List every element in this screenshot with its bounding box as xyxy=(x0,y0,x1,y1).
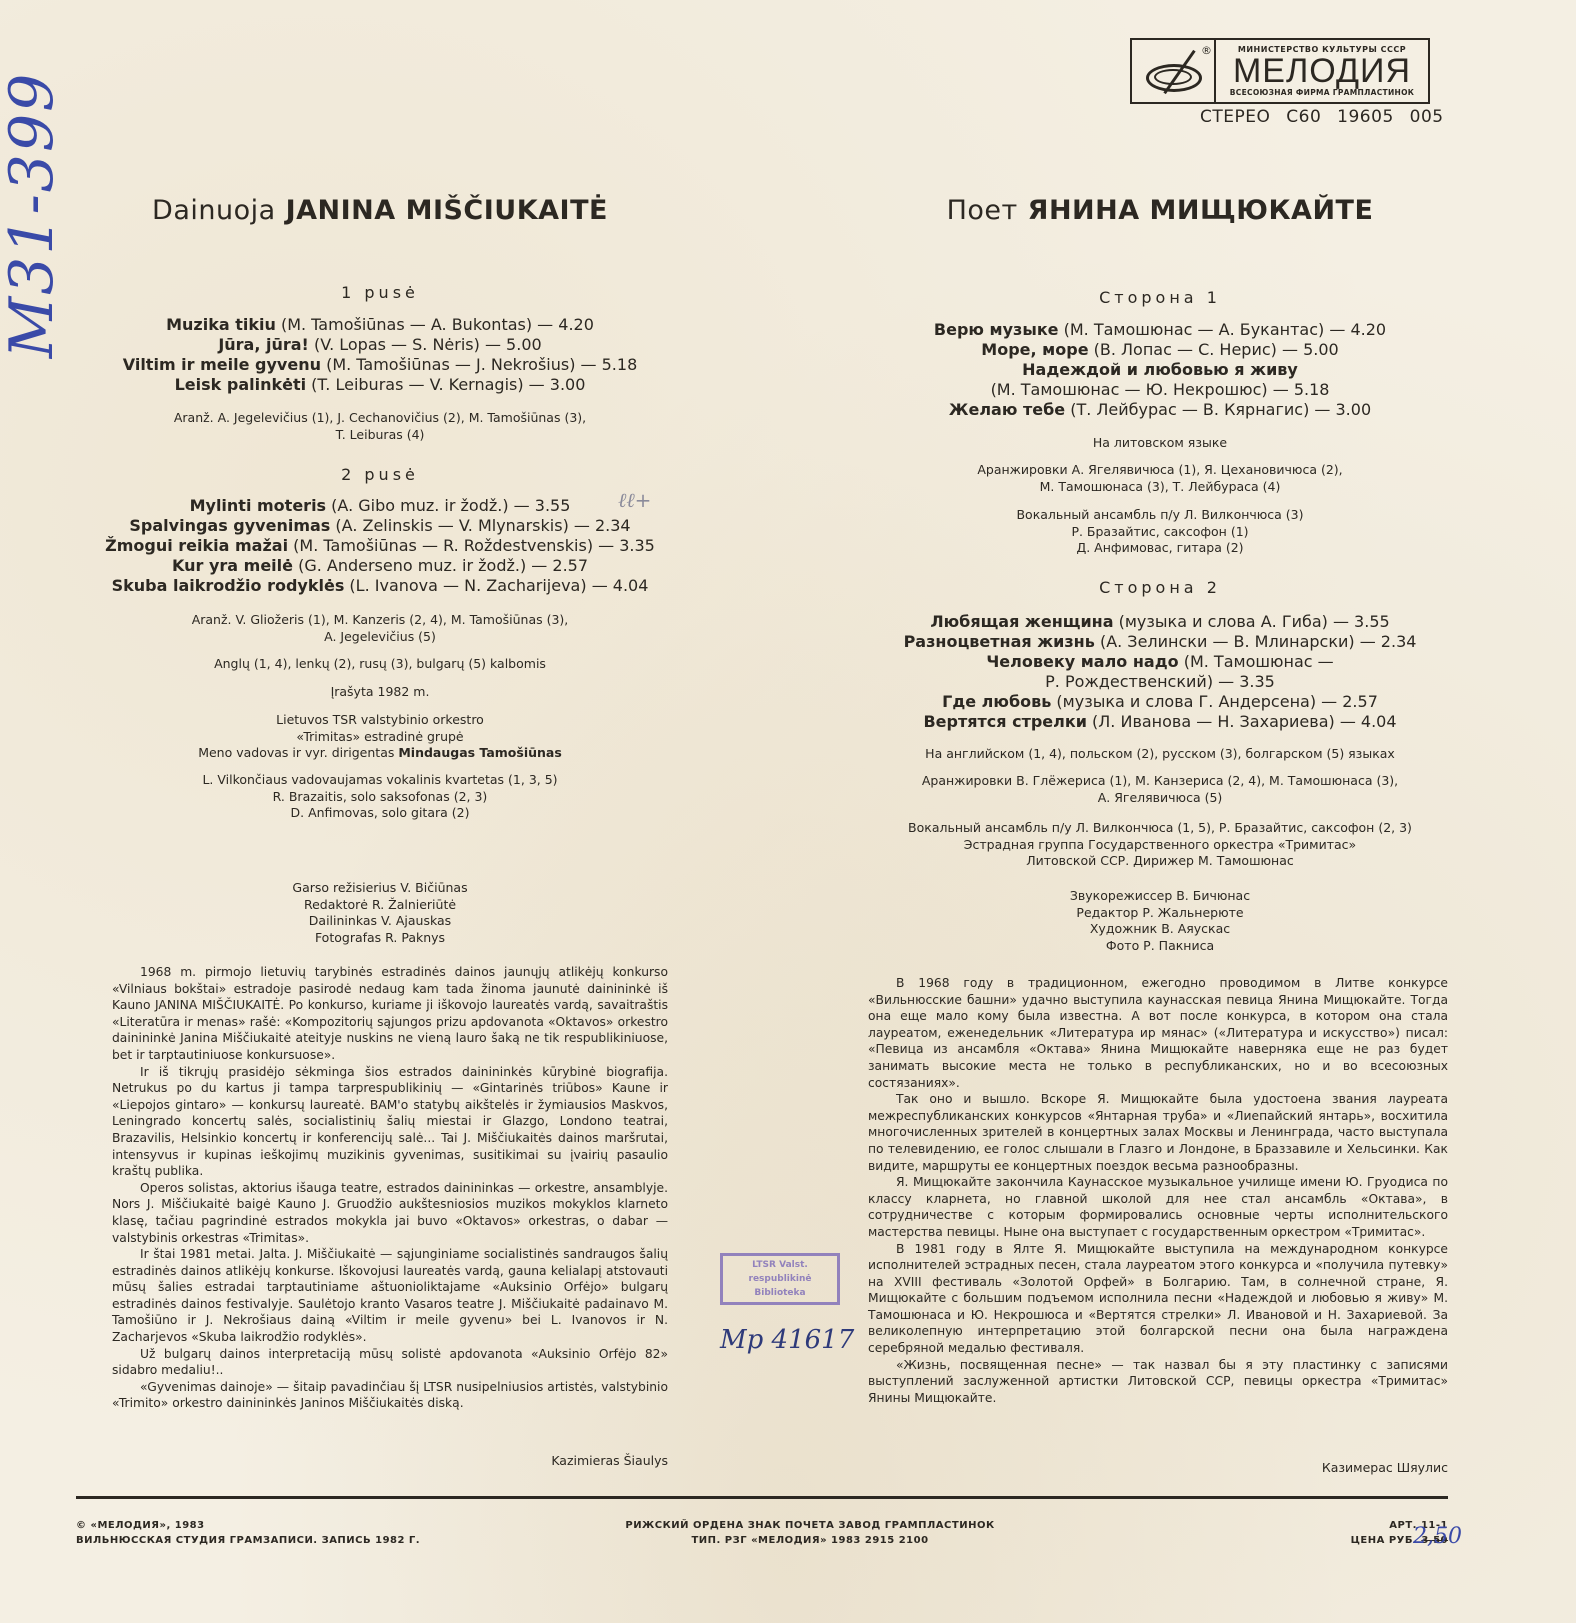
text-line: Фото Р. Пакниса xyxy=(860,938,1460,955)
footer-copyright: © «МЕЛОДИЯ», 1983 ВИЛЬНЮССКАЯ СТУДИЯ ГРА… xyxy=(76,1518,420,1548)
side1-arrangers-ru: Аранжировки А. Ягелявичюса (1), Я. Цехан… xyxy=(860,462,1460,495)
text-line: «Trimitas» estradinė grupė xyxy=(80,729,680,746)
track-item: Skuba laikrodžio rodyklės (L. Ivanova — … xyxy=(80,576,680,596)
text-line: Garso režisierius V. Bičiūnas xyxy=(80,880,680,897)
logo-brand: МЕЛОДИЯ xyxy=(1233,54,1411,88)
text-line: Вокальный ансамбль п/у Л. Вилкончюса (3) xyxy=(860,507,1460,524)
footer-divider xyxy=(76,1496,1448,1499)
text-line: Аранжировки А. Ягелявичюса (1), Я. Цехан… xyxy=(860,462,1460,479)
text-line: М. Тамошюнаса (3), Т. Лейбураса (4) xyxy=(860,479,1460,496)
paragraph: 1968 m. pirmojo lietuvių tarybinės estra… xyxy=(112,964,668,1064)
track-item: Человеку мало надо (М. Тамошюнас — xyxy=(860,652,1460,672)
side2-tracklist-lt: Mylinti moteris (A. Gibo muz. ir žodž.) … xyxy=(80,496,680,596)
text-line: Lietuvos TSR valstybinio orkestro xyxy=(80,712,680,729)
text-line: respublikinė xyxy=(723,1272,837,1286)
library-stamp: LTSR Valst.respublikinėBiblioteka xyxy=(720,1253,840,1305)
side2-arrangers-ru: Аранжировки В. Глёжериса (1), М. Канзери… xyxy=(860,773,1460,806)
side2-label-ru: Сторона 2 xyxy=(860,578,1460,597)
paragraph: «Gyvenimas dainoje» — šitaip pavadinčiau… xyxy=(112,1379,668,1412)
track-item: Любящая женщина (музыка и слова А. Гиба)… xyxy=(860,612,1460,632)
track-item: Jūra, jūra! (V. Lopas — S. Nėris) — 5.00 xyxy=(80,335,680,355)
track-item: Р. Рождественский) — 3.35 xyxy=(860,672,1460,692)
side2-performers-ru: Вокальный ансамбль п/у Л. Вилкончюса (1,… xyxy=(860,820,1460,870)
paragraph: «Жизнь, посвященная песне» — так назвал … xyxy=(868,1357,1448,1407)
text-line: Эстрадная группа Государственного оркест… xyxy=(860,837,1460,854)
track-item: Kur yra meilė (G. Anderseno muz. ir žodž… xyxy=(80,556,680,576)
text-line: T. Leiburas (4) xyxy=(80,427,680,444)
conductor-line: Meno vadovas ir vyr. dirigentas Mindauga… xyxy=(80,745,680,762)
track-item: Где любовь (музыка и слова Г. Андерсена)… xyxy=(860,692,1460,712)
side1-language-ru: На литовском языке xyxy=(860,435,1460,452)
track-item: Mylinti moteris (A. Gibo muz. ir žodž.) … xyxy=(80,496,680,516)
author-ru: Казимерас Шяулис xyxy=(1200,1460,1448,1475)
track-item: Верю музыке (М. Тамошюнас — А. Букантас)… xyxy=(860,320,1460,340)
side2-label-lt: 2 pusė xyxy=(80,465,680,484)
orchestra-lt: Lietuvos TSR valstybinio orkestro«Trimit… xyxy=(80,712,680,762)
melodiya-logo: ® МИНИСТЕРСТВО КУЛЬТУРЫ СССР МЕЛОДИЯ ВСЕ… xyxy=(1130,38,1430,104)
title-lithuanian: Dainuoja JANINA MIŠČIUKAITĖ xyxy=(80,195,680,226)
track-item: Желаю тебе (Т. Лейбурас — В. Кярнагис) —… xyxy=(860,400,1460,420)
side2-arrangers-lt: Aranž. V. Gliožeris (1), M. Kanzeris (2,… xyxy=(80,612,680,645)
text-line: Biblioteka xyxy=(723,1286,837,1300)
recorded-lt: Įrašyta 1982 m. xyxy=(80,684,680,701)
track-item: Надеждой и любовью я живу xyxy=(860,360,1460,380)
liner-notes-lt: 1968 m. pirmojo lietuvių tarybinės estra… xyxy=(112,964,668,1412)
text-line: Литовской ССР. Дирижер М. Тамошюнас xyxy=(860,853,1460,870)
performers-lt: L. Vilkončiaus vadovaujamas vokalinis kv… xyxy=(80,772,680,822)
text-line: Д. Анфимовас, гитара (2) xyxy=(860,540,1460,557)
paragraph: Так оно и вышло. Вскоре Я. Мищюкайте был… xyxy=(868,1091,1448,1174)
side1-arrangers-lt: Aranž. A. Jegelevičius (1), J. Cechanovi… xyxy=(80,410,680,443)
text-line: A. Jegelevičius (5) xyxy=(80,629,680,646)
text-line: LTSR Valst. xyxy=(723,1258,837,1272)
side1-label-lt: 1 pusė xyxy=(80,283,680,302)
text-line: Aranž. V. Gliožeris (1), M. Kanzeris (2,… xyxy=(80,612,680,629)
text-line: D. Anfimovas, solo gitara (2) xyxy=(80,805,680,822)
track-item: Leisk palinkėti (T. Leiburas — V. Kernag… xyxy=(80,375,680,395)
side1-performers-ru: Вокальный ансамбль п/у Л. Вилкончюса (3)… xyxy=(860,507,1460,557)
track-item: Spalvingas gyvenimas (A. Zelinskis — V. … xyxy=(80,516,680,536)
side2-tracklist-ru: Любящая женщина (музыка и слова А. Гиба)… xyxy=(860,612,1460,732)
paragraph: Ir štai 1981 metai. Jalta. J. Miščiukait… xyxy=(112,1246,668,1346)
liner-notes-ru: В 1968 году в традиционном, ежегодно про… xyxy=(868,975,1448,1406)
title-russian: Поет ЯНИНА МИЩЮКАЙТЕ xyxy=(860,195,1460,226)
paragraph: Я. Мищюкайте закончила Каунасское музыка… xyxy=(868,1174,1448,1240)
track-item: Žmogui reikia mažai (M. Tamošiūnas — R. … xyxy=(80,536,680,556)
catalog-number: СТЕРЕО С60 19605 005 xyxy=(1200,107,1444,127)
text-line: Aranž. A. Jegelevičius (1), J. Cechanovi… xyxy=(80,410,680,427)
text-line: L. Vilkončiaus vadovaujamas vokalinis kv… xyxy=(80,772,680,789)
handwritten-catalog-note: M31-399 xyxy=(2,60,62,370)
handwritten-margin-mark: ℓℓ+ xyxy=(618,488,651,513)
handwritten-inventory-number: Mp 41617 xyxy=(720,1325,854,1355)
text-line: Художник В. Аяускас xyxy=(860,921,1460,938)
author-lt: Kazimieras Šiaulys xyxy=(440,1453,668,1468)
text-line: R. Brazaitis, solo saksofonas (2, 3) xyxy=(80,789,680,806)
track-item: Muzika tikiu (M. Tamošiūnas — A. Bukonta… xyxy=(80,315,680,335)
handwritten-new-price: 2,50 xyxy=(1413,1524,1462,1549)
track-item: Разноцветная жизнь (А. Зелински — В. Мли… xyxy=(860,632,1460,652)
footer-factory: РИЖСКИЙ ОРДЕНА ЗНАК ПОЧЕТА ЗАВОД ГРАМПЛА… xyxy=(560,1518,1060,1548)
track-item: (М. Тамошюнас — Ю. Некрошюс) — 5.18 xyxy=(860,380,1460,400)
side1-label-ru: Сторона 1 xyxy=(860,288,1460,307)
paragraph: Ir iš tikrųjų prasidėjo sėkminga šios es… xyxy=(112,1064,668,1180)
track-item: Viltim ir meile gyvenu (M. Tamošiūnas — … xyxy=(80,355,680,375)
paragraph: Operos solistas, aktorius išauga teatre,… xyxy=(112,1180,668,1246)
paragraph: В 1968 году в традиционном, ежегодно про… xyxy=(868,975,1448,1091)
staff-ru: Звукорежиссер В. БичюнасРедактор Р. Жаль… xyxy=(860,888,1460,954)
paragraph: Už bulgarų dainos interpretaciją mūsų so… xyxy=(112,1346,668,1379)
record-emblem-icon: ® xyxy=(1132,40,1216,102)
staff-lt: Garso režisierius V. BičiūnasRedaktorė R… xyxy=(80,880,680,946)
side1-tracklist-lt: Muzika tikiu (M. Tamošiūnas — A. Bukonta… xyxy=(80,315,680,395)
text-line: Р. Бразайтис, саксофон (1) xyxy=(860,524,1460,541)
text-line: Dailininkas V. Ajauskas xyxy=(80,913,680,930)
track-item: Вертятся стрелки (Л. Иванова — Н. Захари… xyxy=(860,712,1460,732)
text-line: Аранжировки В. Глёжериса (1), М. Канзери… xyxy=(860,773,1460,790)
side1-tracklist-ru: Верю музыке (М. Тамошюнас — А. Букантас)… xyxy=(860,320,1460,420)
logo-firm-line: ВСЕСОЮЗНАЯ ФИРМА ГРАМПЛАСТИНОК xyxy=(1230,88,1414,97)
text-line: Fotografas R. Paknys xyxy=(80,930,680,947)
paragraph: В 1981 году в Ялте Я. Мищюкайте выступил… xyxy=(868,1241,1448,1357)
text-line: Звукорежиссер В. Бичюнас xyxy=(860,888,1460,905)
text-line: А. Ягелявичюса (5) xyxy=(860,790,1460,807)
languages-ru: На английском (1, 4), польском (2), русс… xyxy=(860,746,1460,763)
track-item: Море, море (В. Лопас — С. Нерис) — 5.00 xyxy=(860,340,1460,360)
text-line: Редактор Р. Жальнерюте xyxy=(860,905,1460,922)
text-line: Вокальный ансамбль п/у Л. Вилкончюса (1,… xyxy=(860,820,1460,837)
languages-lt: Anglų (1, 4), lenkų (2), rusų (3), bulga… xyxy=(80,656,680,673)
text-line: Redaktorė R. Žalnieriūtė xyxy=(80,897,680,914)
